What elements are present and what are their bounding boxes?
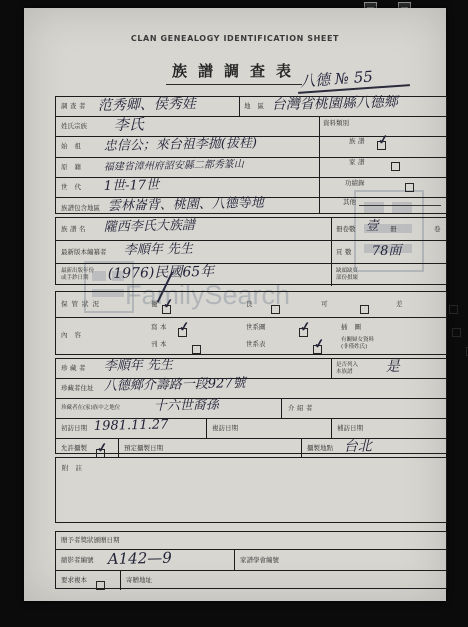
- volumes-value: 壹: [366, 220, 379, 233]
- printed-label: 刊本: [151, 341, 169, 348]
- book-title-row: 族譜名 隴西李氏大族譜 冊卷數 壹 冊 卷: [56, 218, 446, 240]
- position-label: 珍藏者在(家)族中之地位: [61, 405, 120, 412]
- film-number-label: 縮影者編號: [61, 557, 94, 564]
- pages-value: 78面: [372, 244, 402, 258]
- category-jiapu-label: 家譜: [349, 159, 367, 166]
- copy-request-row: 要求複本 ✓ 寄贈地址: [56, 570, 446, 590]
- category-zupu-label: 族譜: [349, 138, 367, 145]
- film-place-label: 攝製地點: [307, 445, 333, 452]
- editor-label: 最新版本編纂者: [61, 249, 107, 256]
- surveyor-row: 調查者 范秀卿、侯秀娃 地區 台灣省桃園縣八德鄉: [56, 97, 446, 116]
- editor-value: 李順年 先生: [124, 243, 193, 257]
- form-title: 族譜調查表: [166, 60, 302, 85]
- publication-label: 最新出版年份或手鈔日期: [61, 268, 94, 282]
- checkmark-icon: ✓: [162, 296, 175, 312]
- holder-label: 珍藏者: [61, 365, 88, 372]
- generations-label: 世代: [61, 184, 88, 191]
- film-number-value: A142—9: [108, 551, 172, 567]
- checkmark-icon: ✓: [178, 319, 191, 335]
- pages-label: 頁數: [336, 249, 354, 256]
- publication-value: (1976)民國65年: [108, 265, 215, 281]
- film-place-value: 台北: [344, 439, 372, 454]
- checkmark-icon: ✓: [299, 319, 312, 335]
- visit-dates-row: 初訪日期 1981.11.27 複訪日期 補訪日期: [56, 418, 446, 438]
- holder-row: 珍藏者 李順年 先生 是否列入本族譜 是: [56, 359, 446, 378]
- holder-value: 李順年 先生: [104, 359, 173, 373]
- women-info-label: 有關婦女資料(非僅姓氏): [341, 337, 374, 351]
- condition-fair-label: 可: [321, 301, 328, 308]
- condition-label: 保管狀況: [61, 301, 103, 308]
- survey-table: 調查者 范秀卿、侯秀娃 地區 台灣省桃園縣八德鄉 姓氏宗族 李氏 始祖 忠信公；…: [55, 96, 447, 214]
- film-date-label: 預定攝製日期: [124, 445, 163, 452]
- film-permit-label: 允許攝製: [61, 445, 87, 452]
- data-category-panel: 資料類別 族譜 ✓ 家譜 ✓ 功績錄 ✓ 其他: [319, 116, 446, 213]
- address-label: 珍藏者住址: [61, 385, 94, 392]
- other-blank-line: [359, 205, 441, 206]
- manuscript-checkbox: ✓: [178, 328, 187, 337]
- scanned-document-page: FamilySearch CLAN GENEALOGY IDENTIFICATI…: [24, 8, 446, 601]
- english-title: CLAN GENEALOGY IDENTIFICATION SHEET: [24, 34, 446, 43]
- holder-table: 珍藏者 李順年 先生 是否列入本族譜 是 珍藏者住址 八德鄉介壽路一段927號 …: [55, 358, 447, 454]
- book-title-label: 族譜名: [61, 226, 88, 233]
- filming-row: 允許攝製 ✓ 預定攝製日期 攝製地點 台北: [56, 438, 446, 457]
- included-label: 是否列入本族譜: [336, 362, 358, 376]
- surname-value: 李氏: [114, 117, 144, 133]
- founder-value: 忠信公；來台祖李拋(拔桂): [104, 137, 257, 153]
- content-label: 內容: [61, 332, 88, 339]
- illustrations-label: 插圖: [341, 324, 368, 331]
- category-merit-checkbox: ✓: [405, 183, 414, 192]
- lineage-table-label: 世系表: [246, 341, 266, 348]
- printed-checkbox: ✓: [192, 345, 201, 354]
- region-label: 地區: [244, 103, 271, 110]
- condition-fair-checkbox: ✓: [360, 305, 369, 314]
- copy-request-label: 要求複本: [61, 577, 87, 584]
- condition-good-label: 良: [246, 301, 253, 308]
- illustrations-checkbox: ✓: [452, 328, 461, 337]
- coverage-value: 雲林崙背、桃園、八德等地: [108, 197, 264, 213]
- coverage-label: 族譜包含地區: [61, 205, 100, 212]
- generations-value: 1世-17世: [104, 179, 159, 193]
- lineage-chart-label: 世系圖: [246, 324, 266, 331]
- film-number-row: 縮影者編號 A142—9 家譜學會編號: [56, 549, 446, 570]
- archive-table: 贈予者獎狀頒贈日期 縮影者編號 A142—9 家譜學會編號 要求複本 ✓ 寄贈地…: [55, 531, 447, 589]
- volumes-label: 冊卷數: [336, 226, 356, 233]
- lineage-chart-checkbox: ✓: [299, 328, 308, 337]
- publication-row: 最新出版年份或手鈔日期 (1976)民國65年 缺頭缺頁部份損壞: [56, 263, 446, 286]
- address-row: 珍藏者住址 八德鄉介壽路一段927號: [56, 378, 446, 398]
- first-visit-value: 1981.11.27: [94, 418, 169, 433]
- surname-label: 姓氏宗族: [61, 123, 87, 130]
- book-title-value: 隴西李氏大族譜: [104, 219, 195, 234]
- film-scan-background: FamilySearch CLAN GENEALOGY IDENTIFICATI…: [0, 0, 468, 627]
- position-row: 珍藏者在(家)族中之地位 十六世裔孫 介紹者: [56, 398, 446, 418]
- category-zupu-checkbox: ✓: [377, 141, 386, 150]
- condition-poor-checkbox: ✓: [449, 305, 458, 314]
- founder-label: 始祖: [61, 143, 88, 150]
- condition-row: 保管狀況 優 ✓ 良 ✓ 可 ✓ 差 ✓: [56, 292, 446, 317]
- copy-request-checkbox: ✓: [96, 581, 105, 590]
- mailing-address-label: 寄贈地址: [126, 577, 152, 584]
- award-date-row: 贈予者獎狀頒贈日期: [56, 532, 446, 549]
- condition-excellent-checkbox: ✓: [162, 305, 171, 314]
- data-category-header: 資料類別: [323, 120, 349, 127]
- volume-unit-ce: 冊: [390, 226, 397, 233]
- surveyor-label: 調查者: [61, 103, 88, 110]
- first-visit-label: 初訪日期: [61, 425, 87, 432]
- content-row: 內容 寫本 ✓ 刊本 ✓ 世系圖 ✓ 世系表 ✓ 插圖 ✓ 有關婦女資料(非僅姓…: [56, 317, 446, 355]
- condition-good-checkbox: ✓: [271, 305, 280, 314]
- surveyor-value: 范秀卿、侯秀娃: [98, 97, 196, 113]
- third-visit-label: 補訪日期: [337, 425, 363, 432]
- category-merit-label: 功績錄: [345, 180, 365, 187]
- condition-table: 保管狀況 優 ✓ 良 ✓ 可 ✓ 差 ✓ 內容 寫本 ✓ 刊本 ✓ 世系圖 ✓ …: [55, 291, 447, 355]
- damage-label: 缺頭缺頁部份損壞: [336, 268, 358, 282]
- category-jiapu-checkbox: ✓: [391, 162, 400, 171]
- book-table: 族譜名 隴西李氏大族譜 冊卷數 壹 冊 卷 最新版本編纂者 李順年 先生 頁數 …: [55, 217, 447, 285]
- checkmark-icon: ✓: [96, 440, 109, 456]
- position-value: 十六世裔孫: [154, 399, 219, 413]
- origin-value: 福建省漳州府詔安縣二都秀篆山: [104, 160, 244, 173]
- condition-poor-label: 差: [396, 301, 403, 308]
- checkmark-icon: ✓: [313, 336, 326, 352]
- introducer-label: 介紹者: [288, 405, 315, 412]
- award-date-label: 贈予者獎狀頒贈日期: [61, 537, 120, 544]
- volume-unit-juan: 卷: [434, 226, 441, 233]
- checkmark-icon: ✓: [377, 132, 390, 148]
- included-value: 是: [386, 360, 400, 374]
- manuscript-label: 寫本: [151, 324, 169, 331]
- category-other-label: 其他: [343, 199, 356, 206]
- notes-box: 附註: [55, 457, 447, 523]
- address-value: 八德鄉介壽路一段927號: [104, 377, 246, 393]
- region-value: 台灣省桃園縣八德鄉: [272, 95, 398, 112]
- second-visit-label: 複訪日期: [212, 425, 238, 432]
- editor-row: 最新版本編纂者 李順年 先生 頁數 78面: [56, 240, 446, 263]
- notes-label: 附註: [62, 465, 89, 472]
- origin-label: 原籍: [61, 164, 88, 171]
- lineage-table-checkbox: ✓: [313, 345, 322, 354]
- society-number-label: 家譜學會編號: [240, 557, 279, 564]
